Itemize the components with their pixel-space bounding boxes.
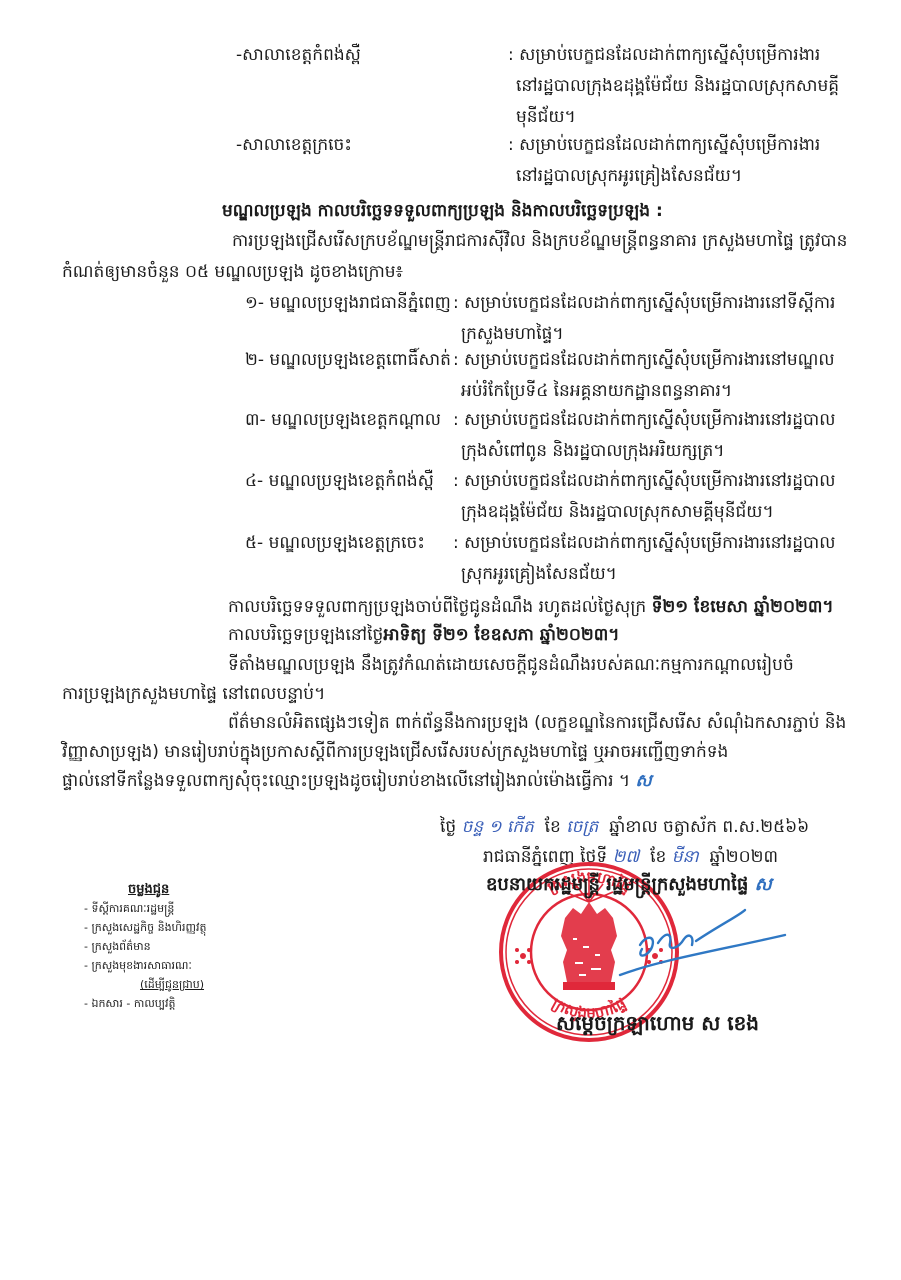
info-paragraph-line3: ផ្ទាល់នៅទីកន្លែងទទួលពាក្យសុំចុះឈ្មោះប្រឡ…: [62, 766, 652, 796]
handwritten-initials: ស: [636, 771, 652, 791]
lunar-year: ឆ្នាំខាល ចត្វាស័ក ព.ស.២៥៦៦: [609, 817, 809, 837]
exam-date: កាលបរិច្ឆេទប្រឡងនៅថ្ងៃអាទិត្យ ទី២១ ខែឧសភ…: [228, 620, 619, 650]
info-line3-text: ផ្ទាល់នៅទីកន្លែងទទួលពាក្យសុំចុះឈ្មោះប្រឡ…: [62, 771, 630, 791]
center-label: ៣- មណ្ឌលប្រឡងខេត្តកណ្ដាល: [245, 405, 441, 436]
lunar-day-handwritten: ចន្ទ ១ កើត: [462, 817, 534, 837]
center-description: : សម្រាប់បេក្ខជនដែលដាក់ពាក្យស្នើសុំបម្រើ…: [453, 345, 883, 407]
solar-year: ឆ្នាំ២០២៣: [710, 847, 778, 867]
center-label: ៤- មណ្ឌលប្រឡងខេត្តកំពង់ស្ពឺ: [245, 466, 434, 497]
center-description: : សម្រាប់បេក្ខជនដែលដាក់ពាក្យស្នើសុំបម្រើ…: [453, 466, 883, 528]
signatory-title: ឧបនាយករដ្ឋមន្ត្រី រដ្ឋមន្ត្រីក្រសួងមហាផ្…: [486, 872, 772, 899]
cc-title: ចម្លងជូន: [128, 880, 284, 899]
lunar-month-handwritten: ចេត្រ: [566, 817, 598, 837]
site-label: -សាលាខេត្តកំពង់ស្ពឺ: [236, 40, 361, 71]
cc-note: (ដើម្បីជូនជ្រាប): [140, 975, 284, 994]
site-description: : សម្រាប់បេក្ខជនដែលដាក់ពាក្យស្នើសុំបម្រើ…: [508, 40, 878, 133]
desc-line: : សម្រាប់បេក្ខជនដែលដាក់ពាក្យស្នើសុំបម្រើ…: [453, 345, 883, 376]
info-paragraph-line2: វិញ្ញាសាប្រឡង) មានរៀបរាប់ក្នុងប្រកាសស្ដី…: [62, 737, 728, 767]
application-period-text: កាលបរិច្ឆេទទទួលពាក្យប្រឡងចាប់ពីថ្ងៃជូនដំ…: [228, 597, 652, 617]
section-heading: មណ្ឌលប្រឡង កាលបរិច្ឆេទទទួលពាក្យប្រឡង និង…: [222, 196, 663, 226]
cc-item: - ទីស្ដីការគណៈរដ្ឋមន្ត្រី: [84, 899, 284, 918]
desc-line: ស្រុកអូរគ្រៀងសែនជ័យ។: [453, 559, 883, 590]
center-description: : សម្រាប់បេក្ខជនដែលដាក់ពាក្យស្នើសុំបម្រើ…: [453, 528, 883, 590]
signature-icon: [600, 905, 790, 985]
desc-line: នៅរដ្ឋបាលស្រុកអូរគ្រៀងសែនជ័យ។: [508, 161, 878, 192]
info-paragraph-line1: ព័ត៌មានលំអិតផ្សេងៗទៀត ពាក់ព័ន្ធនឹងការប្រ…: [228, 708, 846, 738]
application-deadline: ទី២១ ខែមេសា ឆ្នាំ២០២៣។: [652, 597, 834, 617]
center-label: ៥- មណ្ឌលប្រឡងខេត្តក្រចេះ: [245, 528, 425, 559]
cc-block: ចម្លងជូន - ទីស្ដីការគណៈរដ្ឋមន្ត្រី - ក្រ…: [84, 880, 284, 1013]
lunar-date: ថ្ងៃ ចន្ទ ១ កើត ខែ ចេត្រ ឆ្នាំខាល ចត្វាស…: [440, 812, 809, 842]
desc-line: : សម្រាប់បេក្ខជនដែលដាក់ពាក្យស្នើសុំបម្រើ…: [453, 288, 883, 319]
cc-item: - ឯកសារ - កាលប្បវត្តិ: [84, 994, 284, 1013]
desc-line: មុនីជ័យ។: [508, 102, 878, 133]
desc-line: : សម្រាប់បេក្ខជនដែលដាក់ពាក្យស្នើសុំបម្រើ…: [508, 40, 878, 71]
desc-line: នៅរដ្ឋបាលក្រុងឧដុង្គម៉ែជ័យ និងរដ្ឋបាលស្រ…: [508, 71, 878, 102]
intro-paragraph: ការប្រឡងជ្រើសរើសក្របខ័ណ្ឌមន្ត្រីរាជការស៊…: [62, 226, 876, 288]
location-paragraph-line1: ទីតាំងមណ្ឌលប្រឡង នឹងត្រូវកំណត់ដោយសេចក្ដី…: [228, 650, 794, 680]
location-paragraph-line2: ការប្រឡងក្រសួងមហាផ្ទៃ នៅពេលបន្ទាប់។: [62, 679, 325, 709]
center-label: ១- មណ្ឌលប្រឡងរាជធានីភ្នំពេញ: [245, 288, 451, 319]
document-page: -សាលាខេត្តកំពង់ស្ពឺ : សម្រាប់បេក្ខជនដែលដ…: [0, 0, 901, 1280]
center-description: : សម្រាប់បេក្ខជនដែលដាក់ពាក្យស្នើសុំបម្រើ…: [453, 405, 883, 467]
site-description: : សម្រាប់បេក្ខជនដែលដាក់ពាក្យស្នើសុំបម្រើ…: [508, 130, 878, 192]
cc-item: - ក្រសួងមុខងារសាធារណៈ: [84, 956, 284, 975]
desc-line: : សម្រាប់បេក្ខជនដែលដាក់ពាក្យស្នើសុំបម្រើ…: [453, 466, 883, 497]
cc-item: - ក្រសួងព័ត៌មាន: [84, 937, 284, 956]
desc-line: ក្រុងឧដុង្គម៉ែជ័យ និងរដ្ឋបាលស្រុកសាមគ្គី…: [453, 497, 883, 528]
desc-line: : សម្រាប់បេក្ខជនដែលដាក់ពាក្យស្នើសុំបម្រើ…: [453, 405, 883, 436]
application-period: កាលបរិច្ឆេទទទួលពាក្យប្រឡងចាប់ពីថ្ងៃជូនដំ…: [228, 592, 834, 622]
lunar-date-prefix: ថ្ងៃ: [440, 817, 456, 837]
desc-line: អប់រំកែប្រែទី៤ នៃអគ្គនាយកដ្ឋានពន្ធនាគារ។: [453, 376, 883, 407]
exam-date-value: អាទិត្យ ទី២១ ខែឧសភា ឆ្នាំ២០២៣។: [383, 625, 619, 645]
center-label: ២- មណ្ឌលប្រឡងខេត្តពោធិ៍សាត់: [245, 345, 451, 376]
lunar-month-label: ខែ: [545, 817, 561, 837]
desc-line: : សម្រាប់បេក្ខជនដែលដាក់ពាក្យស្នើសុំបម្រើ…: [508, 130, 878, 161]
signatory-name: សម្ដេចក្រឡាហោម ស ខេង: [556, 1010, 759, 1040]
exam-date-text: កាលបរិច្ឆេទប្រឡងនៅថ្ងៃ: [228, 625, 383, 645]
center-description: : សម្រាប់បេក្ខជនដែលដាក់ពាក្យស្នើសុំបម្រើ…: [453, 288, 883, 350]
desc-line: ក្រុងសំពៅពូន និងរដ្ឋបាលក្រុងអរិយក្សត្រ។: [453, 436, 883, 467]
desc-line: : សម្រាប់បេក្ខជនដែលដាក់ពាក្យស្នើសុំបម្រើ…: [453, 528, 883, 559]
signatory-title-text: ឧបនាយករដ្ឋមន្ត្រី រដ្ឋមន្ត្រីក្រសួងមហាផ្…: [486, 874, 748, 895]
site-label: -សាលាខេត្តក្រចេះ: [236, 130, 352, 161]
signatory-handwritten-initials: ស: [755, 874, 772, 895]
cc-item: - ក្រសួងសេដ្ឋកិច្ច និងហិរញ្ញវត្ថុ: [84, 918, 284, 937]
